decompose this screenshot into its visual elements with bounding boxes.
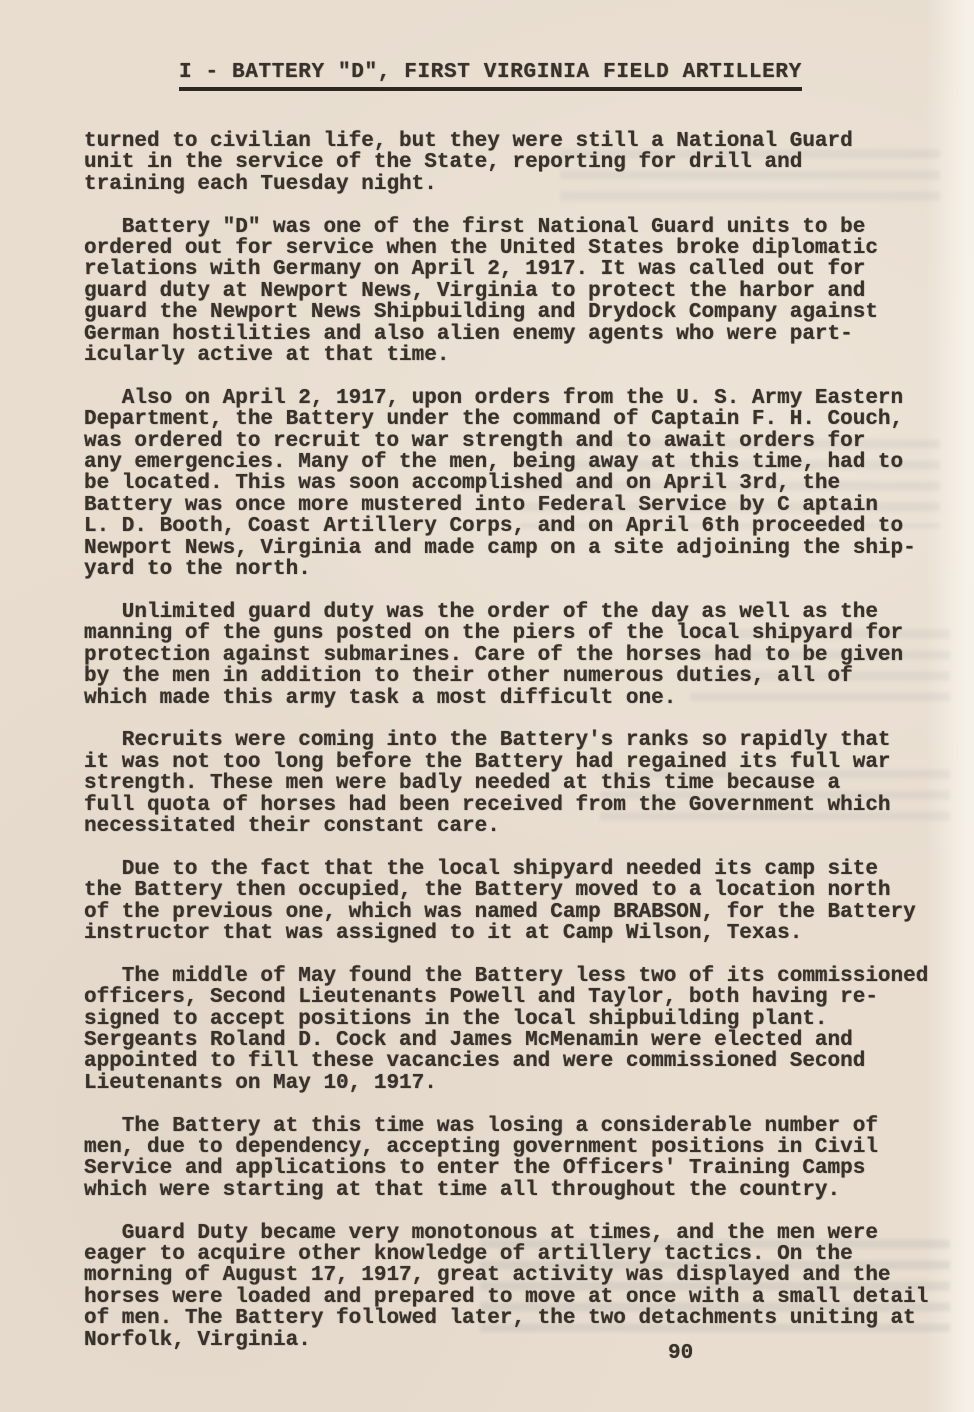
document-body: turned to civilian life, but they were s… [84, 131, 944, 1372]
paragraph-8: The Battery at this time was losing a co… [84, 1116, 944, 1202]
paragraph-9: Guard Duty became very monotonous at tim… [84, 1223, 944, 1351]
paragraph-5: Recruits were coming into the Battery's … [84, 730, 944, 837]
paragraph-3: Also on April 2, 1917, upon orders from … [84, 388, 944, 581]
paragraph-4: Unlimited guard duty was the order of th… [84, 602, 944, 709]
scanned-page: I - BATTERY "D", FIRST VIRGINIA FIELD AR… [0, 0, 974, 1412]
paragraph-2: Battery "D" was one of the first Nationa… [84, 217, 944, 367]
paragraph-1: turned to civilian life, but they were s… [84, 131, 944, 195]
page-number: 90 [668, 1343, 693, 1364]
paragraph-6: Due to the fact that the local shipyard … [84, 859, 944, 945]
paragraph-7: The middle of May found the Battery less… [84, 966, 944, 1094]
document-title: I - BATTERY "D", FIRST VIRGINIA FIELD AR… [179, 62, 802, 91]
